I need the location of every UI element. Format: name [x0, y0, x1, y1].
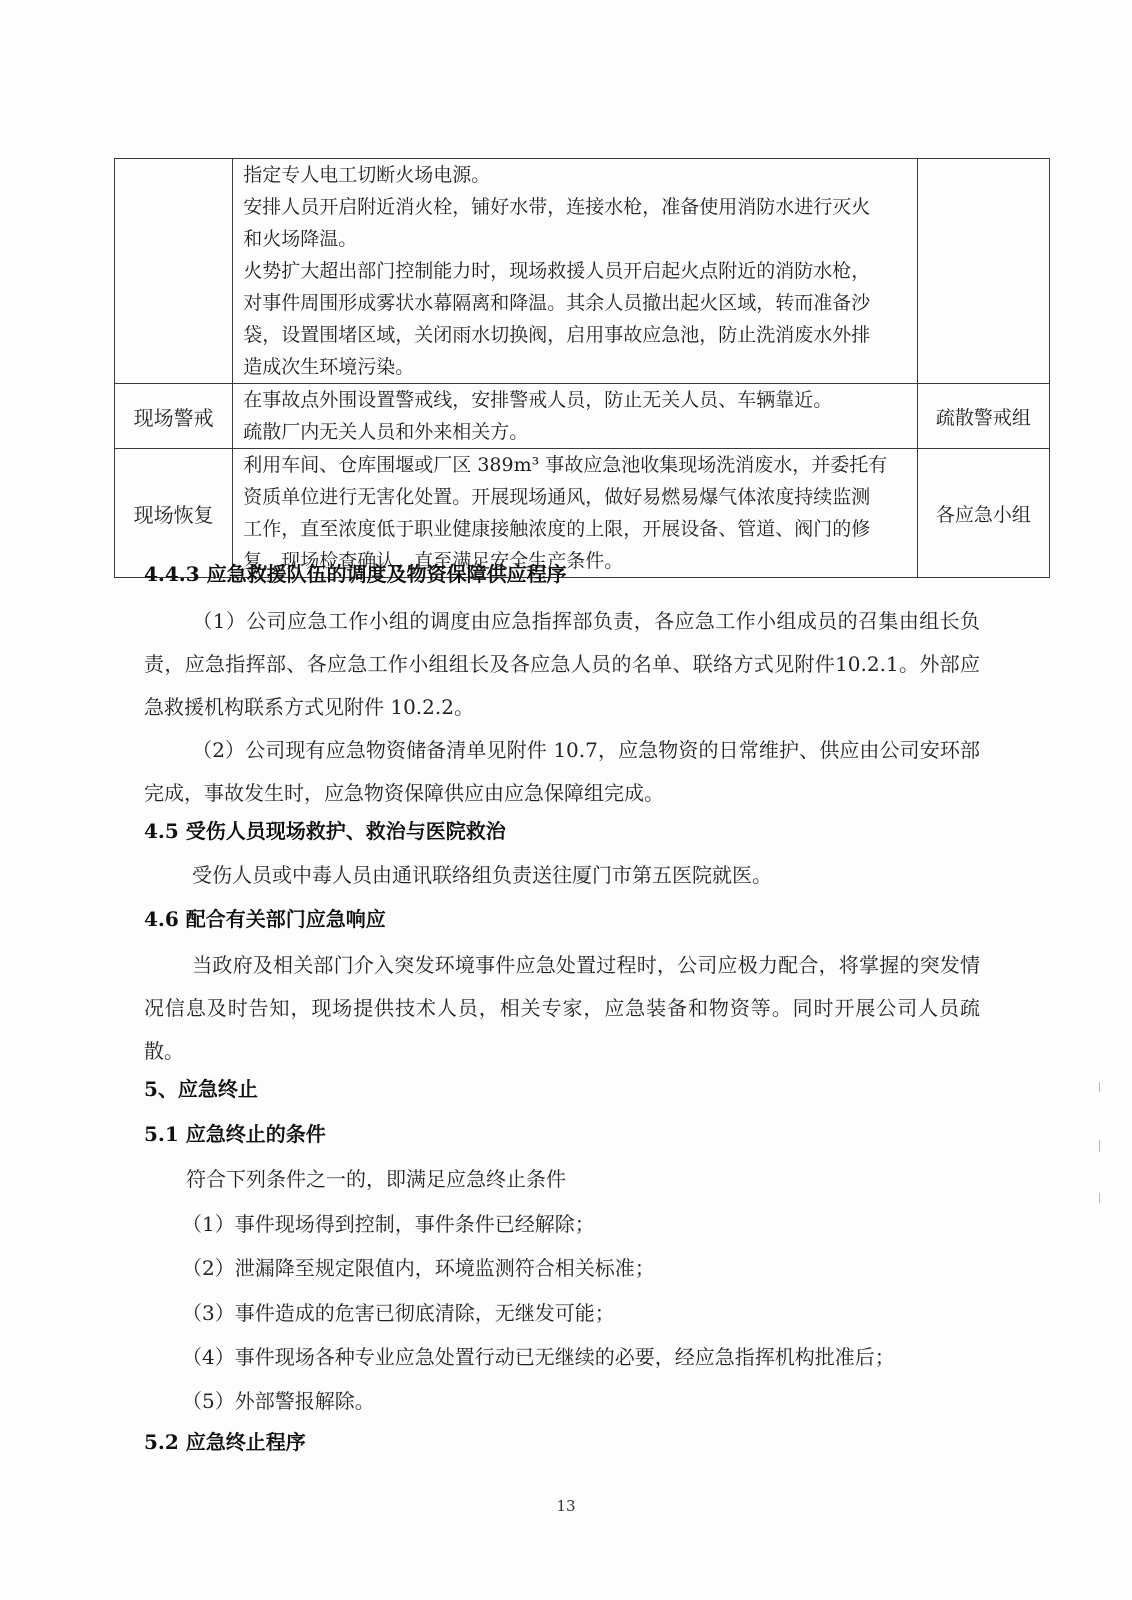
response-measures-table: 指定专人电工切断火场电源。 安排人员开启附近消火栓，铺好水带，连接水枪，准备使用… — [114, 158, 1050, 578]
paragraph-text: （2）公司现有应急物资储备清单见附件 10.7，应急物资的日常维护、供应由公司安… — [144, 738, 980, 805]
description-line: 利用车间、仓库围堰或厂区 389m³ 事故应急池收集现场洗消废水，并委托有 — [243, 449, 909, 481]
description-line: 对事件周围形成雾状水幕隔离和降温。其余人员撤出起火区域，转而准备沙 — [243, 287, 909, 319]
section-heading-5: 5、应急终止 — [144, 1073, 258, 1102]
measure-description-cell: 在事故点外围设置警戒线，安排警戒人员，防止无关人员、车辆靠近。 疏散厂内无关人员… — [233, 384, 918, 449]
description-line: 安排人员开启附近消火栓，铺好水带，连接水枪，准备使用消防水进行灭火 — [243, 191, 909, 223]
description-line: 资质单位进行无害化处置。开展现场通风，做好易燃易爆气体浓度持续监测 — [243, 481, 909, 513]
responsible-group-cell — [917, 159, 1049, 384]
scan-artifact — [1099, 1082, 1100, 1092]
section-heading-4-5: 4.5 受伤人员现场救护、救治与医院救治 — [144, 815, 506, 844]
section-heading-4-6: 4.6 配合有关部门应急响应 — [144, 903, 386, 932]
description-line: 火势扩大超出部门控制能力时，现场救援人员开启起火点附近的消防水枪， — [243, 255, 909, 287]
measure-name-cell: 现场警戒 — [115, 384, 233, 449]
condition-item: （2）泄漏降至规定限值内，环境监测符合相关标准； — [182, 1252, 655, 1281]
table-row: 现场警戒 在事故点外围设置警戒线，安排警戒人员，防止无关人员、车辆靠近。 疏散厂… — [115, 384, 1050, 449]
condition-item: （5）外部警报解除。 — [182, 1385, 375, 1414]
description-line: 造成次生环境污染。 — [243, 351, 909, 383]
condition-item: （3）事件造成的危害已彻底清除，无继发可能； — [182, 1297, 615, 1326]
conditions-intro: 符合下列条件之一的，即满足应急终止条件 — [186, 1163, 566, 1192]
table-row: 指定专人电工切断火场电源。 安排人员开启附近消火栓，铺好水带，连接水枪，准备使用… — [115, 159, 1050, 384]
paragraph: （1）公司应急工作小组的调度由应急指挥部负责，各应急工作小组成员的召集由组长负责… — [144, 600, 980, 729]
section-heading-5-2: 5.2 应急终止程序 — [144, 1426, 306, 1455]
description-line: 在事故点外围设置警戒线，安排警戒人员，防止无关人员、车辆靠近。 — [243, 384, 909, 416]
paragraph: （2）公司现有应急物资储备清单见附件 10.7，应急物资的日常维护、供应由公司安… — [144, 729, 980, 815]
paragraph-text: 当政府及相关部门介入突发环境事件应急处置过程时，公司应极力配合，将掌握的突发情况… — [144, 953, 980, 1063]
condition-item: （4）事件现场各种专业应急处置行动已无继续的必要，经应急指挥机构批准后； — [182, 1341, 895, 1370]
measure-description-cell: 指定专人电工切断火场电源。 安排人员开启附近消火栓，铺好水带，连接水枪，准备使用… — [233, 159, 918, 384]
section-heading-5-1: 5.1 应急终止的条件 — [144, 1118, 326, 1147]
description-line: 指定专人电工切断火场电源。 — [243, 159, 909, 191]
description-line: 工作，直至浓度低于职业健康接触浓度的上限，开展设备、管道、阀门的修 — [243, 513, 909, 545]
page-number: 13 — [0, 1497, 1132, 1515]
description-line: 疏散厂内无关人员和外来相关方。 — [243, 416, 909, 448]
measure-name-cell — [115, 159, 233, 384]
condition-item: （1）事件现场得到控制，事件条件已经解除； — [182, 1208, 595, 1237]
document-page: 指定专人电工切断火场电源。 安排人员开启附近消火栓，铺好水带，连接水枪，准备使用… — [0, 0, 1132, 1600]
scan-artifact — [1099, 1140, 1100, 1152]
paragraph-text: （1）公司应急工作小组的调度由应急指挥部负责，各应急工作小组成员的召集由组长负责… — [144, 609, 980, 719]
paragraph-text: 受伤人员或中毒人员由通讯联络组负责送往厦门市第五医院就医。 — [192, 863, 772, 887]
scan-artifact — [1099, 1193, 1100, 1203]
paragraph: 受伤人员或中毒人员由通讯联络组负责送往厦门市第五医院就医。 — [144, 854, 980, 897]
responsible-group-cell: 各应急小组 — [917, 449, 1049, 578]
paragraph: 当政府及相关部门介入突发环境事件应急处置过程时，公司应极力配合，将掌握的突发情况… — [144, 944, 980, 1073]
responsible-group-cell: 疏散警戒组 — [917, 384, 1049, 449]
description-line: 和火场降温。 — [243, 223, 909, 255]
section-heading-4-4-3: 4.4.3 应急救援队伍的调度及物资保障供应程序 — [144, 558, 567, 587]
description-line: 袋，设置围堵区域，关闭雨水切换阀，启用事故应急池，防止洗消废水外排 — [243, 319, 909, 351]
